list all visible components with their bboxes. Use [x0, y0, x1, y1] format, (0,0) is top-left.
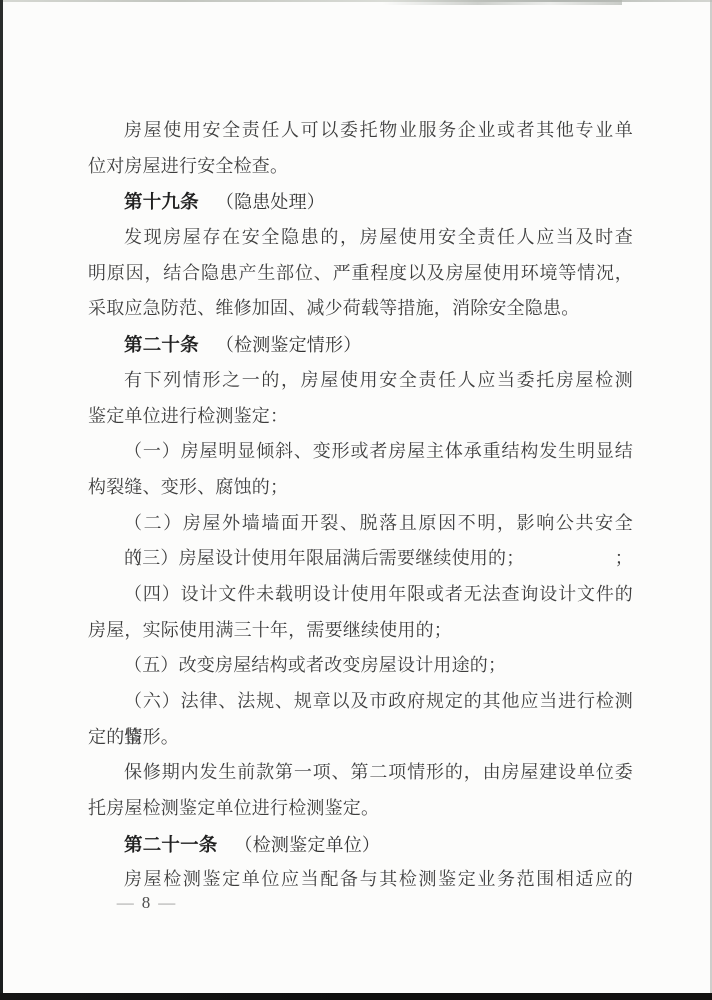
text-line: 发现房屋存在安全隐患的，房屋使用安全责任人应当及时查: [88, 220, 633, 256]
text-line: 构裂缝、变形、腐蚀的；: [88, 470, 633, 506]
list-item-line-6: （六）法律、法规、规章以及市政府规定的其他应当进行检测鉴: [88, 684, 633, 720]
article-heading-21: 第二十一条（检测鉴定单位）: [88, 827, 633, 863]
article-number: 第十九条: [124, 191, 199, 212]
text-line: 房屋使用安全责任人可以委托物业服务企业或者其他专业单: [88, 113, 633, 149]
article-heading-19: 第十九条（隐患处理）: [88, 184, 633, 220]
article-title: （隐患处理）: [216, 192, 325, 212]
document-page: 房屋使用安全责任人可以委托物业服务企业或者其他专业单 位对房屋进行安全检查。 第…: [0, 0, 712, 1000]
text-line: 明原因，结合隐患产生部位、严重程度以及房屋使用环境等情况，: [88, 256, 633, 292]
list-item-line-5: （五）改变房屋结构或者改变房屋设计用途的；: [88, 648, 633, 684]
text-line: 保修期内发生前款第一项、第二项情形的，由房屋建设单位委: [88, 755, 633, 791]
list-item-line-1: （一）房屋明显倾斜、变形或者房屋主体承重结构发生明显结: [88, 434, 633, 470]
article-title: （检测鉴定单位）: [235, 835, 381, 855]
scan-edge-left: [0, 0, 3, 1000]
list-item-line-4: （四）设计文件未载明设计使用年限或者无法查询设计文件的: [88, 577, 633, 613]
scan-edge-bottom: [0, 993, 712, 1000]
text-line: 有下列情形之一的，房屋使用安全责任人应当委托房屋检测: [88, 363, 633, 399]
page-number: — 8 —: [110, 891, 182, 915]
document-body: 房屋使用安全责任人可以委托物业服务企业或者其他专业单 位对房屋进行安全检查。 第…: [88, 0, 633, 898]
footer-page-digit: 8: [142, 893, 151, 913]
text-line: 托房屋检测鉴定单位进行检测鉴定。: [88, 791, 633, 827]
article-heading-20: 第二十条（检测鉴定情形）: [88, 327, 633, 363]
article-number: 第二十一条: [124, 834, 218, 855]
footer-dash-left: —: [117, 893, 134, 913]
text-line: 房屋，实际使用满三十年，需要继续使用的；: [88, 613, 633, 649]
article-number: 第二十条: [124, 334, 199, 355]
list-item-line-2: （二）房屋外墙墙面开裂、脱落且原因不明，影响公共安全的；: [88, 506, 633, 542]
footer-dash-right: —: [158, 893, 175, 913]
text-line: 定的情形。: [88, 720, 633, 756]
text-line: 鉴定单位进行检测鉴定：: [88, 399, 633, 435]
text-line: 位对房屋进行安全检查。: [88, 149, 633, 185]
text-line: 采取应急防范、维修加固、减少荷载等措施，消除安全隐患。: [88, 291, 633, 327]
article-title: （检测鉴定情形）: [216, 335, 362, 355]
